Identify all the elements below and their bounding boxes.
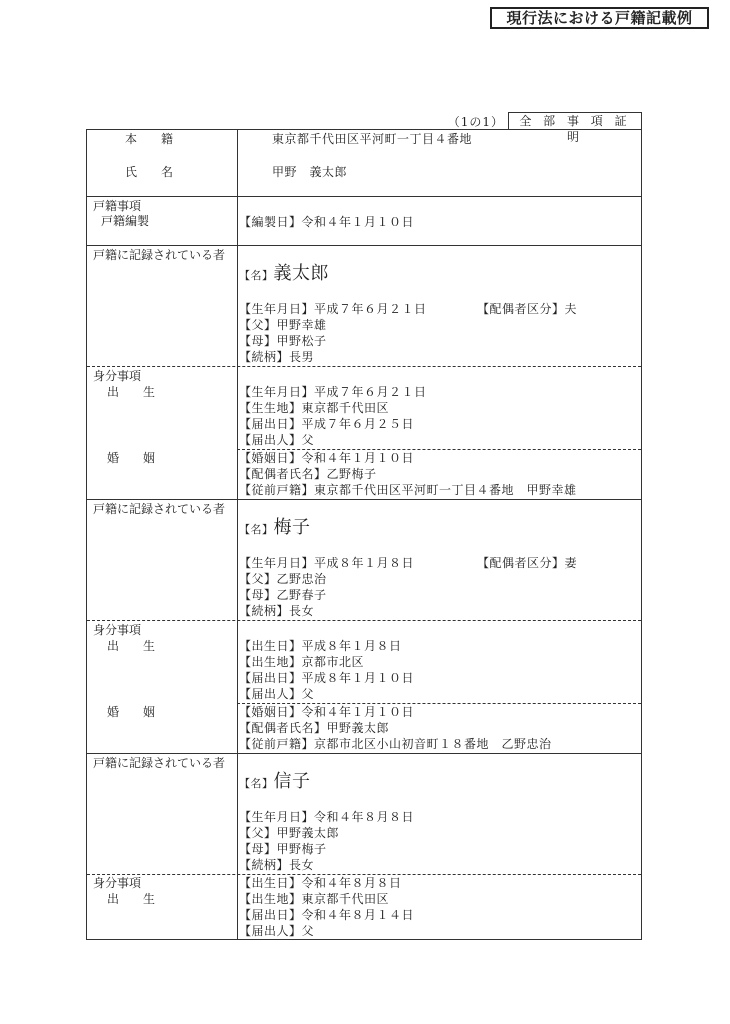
detail-line: 【続柄】長男: [239, 349, 314, 365]
person-section-label: 戸籍に記録されている者: [93, 755, 225, 771]
birth-line: 【出生地】東京都千代田区: [239, 891, 389, 907]
marriage-label: 婚 姻: [107, 450, 155, 466]
koseki-jiko-label: 戸籍事項: [93, 198, 141, 214]
mibun-label: 身分事項: [93, 875, 141, 891]
person-name: 梅子: [274, 517, 311, 538]
page-info: （1の1）: [440, 113, 504, 130]
birth-line: 【届出日】令和４年８月１４日: [239, 907, 414, 923]
detail-line: 【続柄】長女: [239, 603, 314, 619]
detail-line: 【続柄】長女: [239, 857, 314, 873]
document-title: 現行法における戸籍記載例: [490, 7, 709, 29]
column-divider: [237, 130, 238, 939]
certificate-type: 全 部 事 項 証 明: [508, 112, 642, 130]
divider: [87, 245, 641, 246]
divider: [87, 753, 641, 754]
birth-label: 出 生: [107, 891, 155, 907]
detail-line: 【父】甲野幸雄: [239, 317, 327, 333]
detail-line: 【母】甲野梅子: [239, 841, 327, 857]
shimei-value: 甲野 義太郎: [272, 164, 347, 180]
detail-line: 【父】乙野忠治: [239, 571, 327, 587]
detail-line: 【母】甲野松子: [239, 333, 327, 349]
birth-line: 【出生日】令和４年８月８日: [239, 875, 402, 891]
marriage-line: 【婚姻日】令和４年１月１０日: [239, 450, 414, 466]
birth-label: 出 生: [107, 638, 155, 654]
dashed-divider: [87, 366, 641, 367]
birth-line: 【出生地】京都市北区: [239, 654, 364, 670]
detail-line: 【生年月日】平成８年１月８日: [239, 555, 414, 571]
birth-line: 【届出人】父: [239, 432, 314, 448]
divider: [87, 196, 641, 197]
detail-line: 【生年月日】平成７年６月２１日: [239, 301, 427, 317]
birth-line: 【生年月日】平成７年６月２１日: [239, 384, 427, 400]
marriage-line: 【婚姻日】令和４年１月１０日: [239, 704, 414, 720]
divider: [87, 499, 641, 500]
birth-line: 【届出日】平成７年６月２５日: [239, 416, 414, 432]
name-tag: 【名】: [239, 523, 274, 536]
hensei-date: 【編製日】令和４年１月１０日: [239, 214, 414, 230]
detail-line: 【母】乙野春子: [239, 587, 327, 603]
person-section-label: 戸籍に記録されている者: [93, 247, 225, 263]
name-tag: 【名】: [239, 777, 274, 790]
person-name-line: 【名】梅子: [239, 516, 311, 542]
detail-line: 【父】甲野義太郎: [239, 825, 339, 841]
mibun-label: 身分事項: [93, 622, 141, 638]
mibun-label: 身分事項: [93, 368, 141, 384]
marriage-line: 【配偶者氏名】甲野義太郎: [239, 720, 389, 736]
birth-line: 【届出人】父: [239, 686, 314, 702]
person-name: 信子: [274, 771, 311, 792]
dashed-divider: [87, 620, 641, 621]
spouse-class: 【配偶者区分】夫: [477, 301, 577, 317]
shimei-label: 氏 名: [125, 164, 173, 180]
person-section-label: 戸籍に記録されている者: [93, 501, 225, 517]
koseki-hensei-label: 戸籍編製: [101, 213, 149, 229]
person-name-line: 【名】信子: [239, 770, 311, 796]
honseki-value: 東京都千代田区平河町一丁目４番地: [272, 131, 472, 147]
name-tag: 【名】: [239, 269, 274, 282]
birth-line: 【出生日】平成８年１月８日: [239, 638, 402, 654]
honseki-label: 本 籍: [125, 131, 173, 147]
spouse-class: 【配偶者区分】妻: [477, 555, 577, 571]
birth-line: 【生生地】東京都千代田区: [239, 400, 389, 416]
birth-label: 出 生: [107, 384, 155, 400]
marriage-line: 【従前戸籍】京都市北区小山初音町１８番地 乙野忠治: [239, 736, 552, 752]
person-name-line: 【名】義太郎: [239, 262, 329, 288]
birth-line: 【届出人】父: [239, 923, 314, 939]
detail-line: 【生年月日】令和４年８月８日: [239, 809, 414, 825]
koseki-document: 本 籍 東京都千代田区平河町一丁目４番地 氏 名 甲野 義太郎 戸籍事項 戸籍編…: [86, 129, 642, 940]
marriage-line: 【従前戸籍】東京都千代田区平河町一丁目４番地 甲野幸雄: [239, 482, 577, 498]
person-name: 義太郎: [274, 263, 330, 284]
marriage-label: 婚 姻: [107, 704, 155, 720]
marriage-line: 【配偶者氏名】乙野梅子: [239, 466, 377, 482]
birth-line: 【届出日】平成８年１月１０日: [239, 670, 414, 686]
